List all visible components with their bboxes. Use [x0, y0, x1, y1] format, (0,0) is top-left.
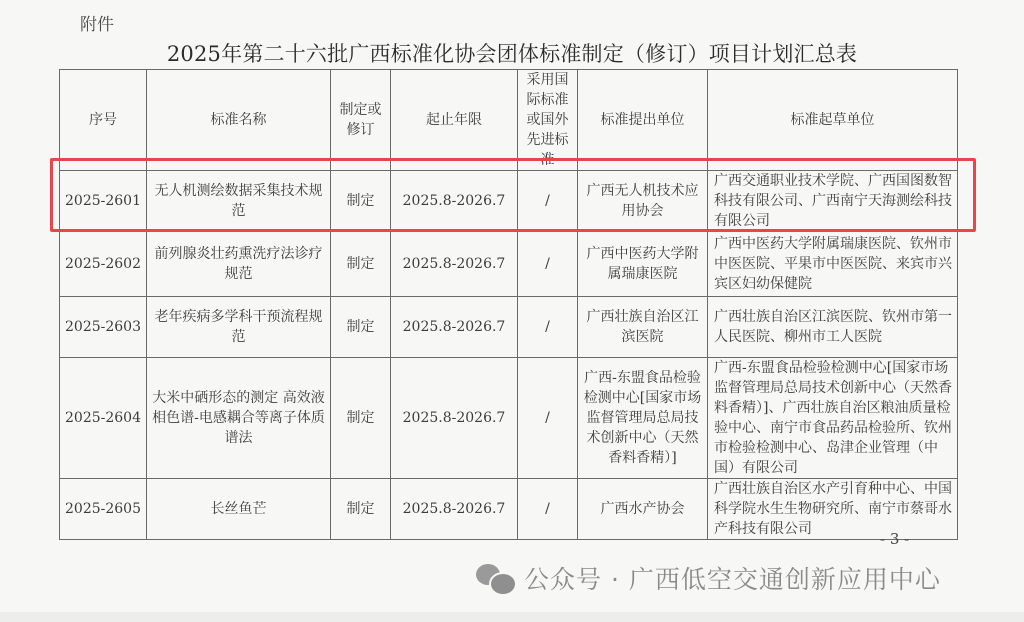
- cell-proposer: 广西-东盟食品检验检测中心[国家市场监督管理局总局技术创新中心（天然香料香精）]: [578, 358, 708, 479]
- page-number: - 3 -: [880, 530, 909, 548]
- table-row: 2025-2602 前列腺炎壮药熏洗疗法诊疗规范 制定 2025.8-2026.…: [60, 232, 958, 297]
- cell-name: 长丝鱼芒: [147, 479, 331, 540]
- col-header-intl: 采用国际标准或国外先进标准: [518, 70, 578, 171]
- cell-intl: /: [518, 297, 578, 358]
- cell-drafters: 广西壮族自治区江滨医院、钦州市第一人民医院、柳州市工人医院: [708, 297, 958, 358]
- cell-name: 大米中硒形态的测定 高效液相色谱-电感耦合等离子体质谱法: [147, 358, 331, 479]
- cell-drafters: 广西中医药大学附属瑞康医院、钦州市中医医院、平果市中医医院、来宾市兴宾区妇幼保健…: [708, 232, 958, 297]
- col-header-id: 序号: [60, 70, 147, 171]
- col-header-period: 起止年限: [391, 70, 518, 171]
- cell-type: 制定: [331, 358, 391, 479]
- cell-proposer: 广西壮族自治区江滨医院: [578, 297, 708, 358]
- cell-proposer: 广西中医药大学附属瑞康医院: [578, 232, 708, 297]
- cell-name: 前列腺炎壮药熏洗疗法诊疗规范: [147, 232, 331, 297]
- col-header-type: 制定或修订: [331, 70, 391, 171]
- highlight-box: [50, 158, 976, 232]
- cell-id: 2025-2603: [60, 297, 147, 358]
- col-header-name: 标准名称: [147, 70, 331, 171]
- cell-type: 制定: [331, 479, 391, 540]
- cell-intl: /: [518, 479, 578, 540]
- cell-intl: /: [518, 232, 578, 297]
- standards-plan-table: 序号 标准名称 制定或修订 起止年限 采用国际标准或国外先进标准 标准提出单位 …: [59, 69, 958, 540]
- cell-name: 老年疾病多学科干预流程规范: [147, 297, 331, 358]
- cell-drafters: 广西壮族自治区水产引育种中心、中国科学院水生生物研究所、南宁市蔡哥水产科技有限公…: [708, 479, 958, 540]
- cell-type: 制定: [331, 297, 391, 358]
- cell-intl: /: [518, 358, 578, 479]
- cell-id: 2025-2602: [60, 232, 147, 297]
- cell-period: 2025.8-2026.7: [391, 358, 518, 479]
- cell-id: 2025-2605: [60, 479, 147, 540]
- cell-id: 2025-2604: [60, 358, 147, 479]
- cell-period: 2025.8-2026.7: [391, 479, 518, 540]
- wechat-icon: [476, 562, 516, 594]
- col-header-proposer: 标准提出单位: [578, 70, 708, 171]
- col-header-drafters: 标准起草单位: [708, 70, 958, 171]
- table-row: 2025-2605 长丝鱼芒 制定 2025.8-2026.7 / 广西水产协会…: [60, 479, 958, 540]
- watermark-text: 公众号 · 广西低空交通创新应用中心: [524, 560, 941, 596]
- cell-drafters: 广西-东盟食品检验检测中心[国家市场监督管理局总局技术创新中心（天然香料香精）]…: [708, 358, 958, 479]
- attachment-label: 附件: [80, 10, 114, 35]
- table-row: 2025-2604 大米中硒形态的测定 高效液相色谱-电感耦合等离子体质谱法 制…: [60, 358, 958, 479]
- cell-type: 制定: [331, 232, 391, 297]
- document-title: 2025年第二十六批广西标准化协会团体标准制定（修订）项目计划汇总表: [0, 38, 1024, 68]
- bottom-edge: [0, 612, 1024, 622]
- cell-period: 2025.8-2026.7: [391, 297, 518, 358]
- watermark: 公众号 · 广西低空交通创新应用中心: [476, 560, 941, 596]
- table-header-row: 序号 标准名称 制定或修订 起止年限 采用国际标准或国外先进标准 标准提出单位 …: [60, 70, 958, 171]
- table-row: 2025-2603 老年疾病多学科干预流程规范 制定 2025.8-2026.7…: [60, 297, 958, 358]
- cell-proposer: 广西水产协会: [578, 479, 708, 540]
- cell-period: 2025.8-2026.7: [391, 232, 518, 297]
